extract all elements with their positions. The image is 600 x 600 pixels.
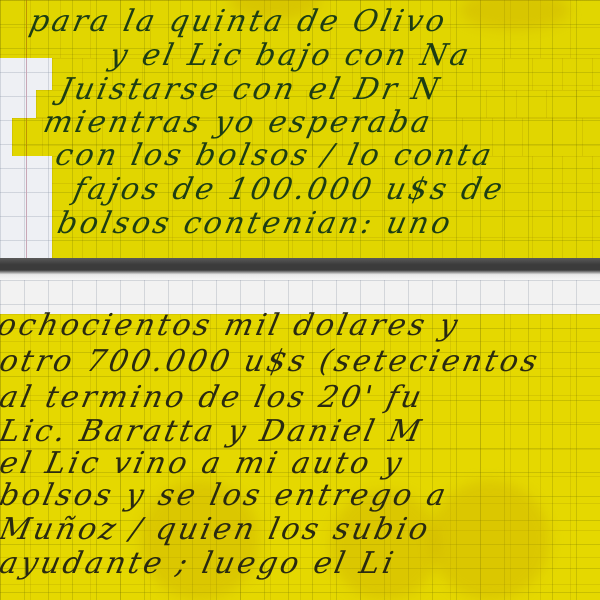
handwriting-line: con los bolsos / lo conta: [52, 138, 497, 173]
handwriting-line: para la quinta de Olivo: [26, 4, 451, 39]
handwriting-line: el Lic vino a mi auto y: [0, 446, 408, 481]
handwriting-line: bolsos contenian: uno: [54, 206, 456, 241]
page-divider: [0, 258, 600, 280]
handwriting-line: y el Lic bajo con Na: [106, 38, 475, 73]
handwriting-line: Lic. Baratta y Daniel M: [0, 414, 427, 449]
notebook-page-top: para la quinta de Olivo y el Lic bajo co…: [0, 0, 600, 258]
handwriting-line: ayudante ; luego el Li: [0, 546, 399, 581]
handwriting-line: ochocientos mil dolares y: [0, 308, 463, 343]
notebook-page-bottom: ochocientos mil dolares y otro 700.000 u…: [0, 280, 600, 600]
handwriting-line: fajos de 100.000 u$s de: [70, 172, 508, 207]
smudge: [430, 480, 550, 600]
handwriting-line: Juistarse con el Dr N: [56, 72, 445, 107]
handwriting-line: Muñoz / quien los subio: [0, 512, 434, 547]
handwriting-line: al termino de los 20' fu: [0, 380, 427, 415]
handwriting-line: mientras yo esperaba: [40, 105, 436, 140]
handwriting-line: otro 700.000 u$s (setecientos: [0, 344, 543, 379]
handwriting-line: bolsos y se los entrego a: [0, 478, 452, 513]
